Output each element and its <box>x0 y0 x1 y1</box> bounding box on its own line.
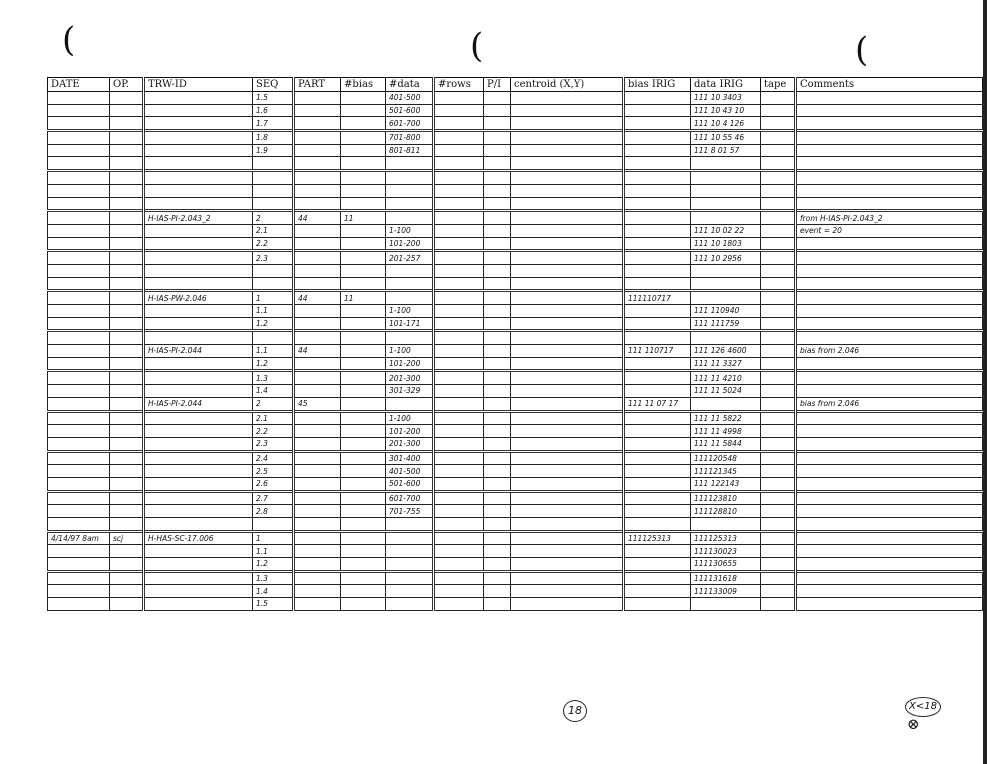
cell-date <box>48 545 110 558</box>
cell-data: 1-100 <box>386 305 434 318</box>
cell-centroid-x-y <box>511 184 624 197</box>
cell-part: 44 <box>294 211 341 225</box>
cell-bias-irig <box>624 451 691 465</box>
cell-part <box>294 491 341 505</box>
table-row: 2.11-100111 10 02 22event = 20 <box>48 224 983 237</box>
cell-tape <box>761 224 796 237</box>
cell-bias <box>341 451 386 465</box>
cell-rows <box>434 518 484 532</box>
cell-bias-irig <box>624 117 691 131</box>
cell-data: 101-200 <box>386 425 434 438</box>
table-row: 1.2101-200111 11 3327 <box>48 357 983 371</box>
cell-seq: 2.2 <box>253 425 294 438</box>
cell-tape <box>761 425 796 438</box>
cell-comments <box>796 437 983 451</box>
cell-trw-id <box>144 92 253 105</box>
cell-part <box>294 131 341 145</box>
cell-part <box>294 264 341 277</box>
table-row: 2.4301-400111120548 <box>48 451 983 465</box>
column-header-bias: #bias <box>341 78 386 92</box>
cell-date: 4/14/97 8am <box>48 531 110 545</box>
cell-data: 401-500 <box>386 92 434 105</box>
cell-seq: 1.3 <box>253 371 294 385</box>
cell-comments <box>796 144 983 157</box>
cell-p-i <box>484 545 511 558</box>
cell-bias-irig <box>624 305 691 318</box>
cell-trw-id: H-IAS-PI-2.044 <box>144 397 253 411</box>
cell-centroid-x-y <box>511 545 624 558</box>
column-header-date: DATE <box>48 78 110 92</box>
cell-op <box>110 211 144 225</box>
cell-data <box>386 291 434 305</box>
cell-p-i <box>484 491 511 505</box>
cell-seq: 2.1 <box>253 411 294 425</box>
cell-comments <box>796 531 983 545</box>
cell-comments: bias from 2.046 <box>796 345 983 358</box>
cell-bias <box>341 237 386 251</box>
cell-centroid-x-y <box>511 104 624 117</box>
cell-bias-irig <box>624 518 691 532</box>
cell-comments <box>796 598 983 611</box>
cell-comments <box>796 157 983 171</box>
cell-centroid-x-y <box>511 211 624 225</box>
cell-seq: 1.6 <box>253 104 294 117</box>
cell-rows <box>434 558 484 572</box>
cell-data: 101-171 <box>386 317 434 331</box>
table-row <box>48 184 983 197</box>
cell-date <box>48 397 110 411</box>
cell-op <box>110 491 144 505</box>
cell-bias <box>341 104 386 117</box>
cell-part <box>294 317 341 331</box>
cell-bias-irig <box>624 104 691 117</box>
cell-tape <box>761 211 796 225</box>
cell-op <box>110 558 144 572</box>
cell-p-i <box>484 425 511 438</box>
cell-data-irig <box>691 157 761 171</box>
cell-trw-id <box>144 317 253 331</box>
cell-seq: 2.6 <box>253 477 294 491</box>
cell-seq: 1.5 <box>253 92 294 105</box>
cell-comments <box>796 357 983 371</box>
cell-comments <box>796 291 983 305</box>
cell-tape <box>761 571 796 585</box>
page-edge-bar <box>983 0 987 764</box>
cell-trw-id <box>144 224 253 237</box>
cell-bias <box>341 357 386 371</box>
cell-bias-irig <box>624 437 691 451</box>
cell-rows <box>434 224 484 237</box>
cell-seq: 1.1 <box>253 305 294 318</box>
table-row: 1.2111130655 <box>48 558 983 572</box>
cell-part <box>294 171 341 185</box>
cell-data-irig: 111 110940 <box>691 305 761 318</box>
cell-comments <box>796 465 983 478</box>
cell-p-i <box>484 571 511 585</box>
cell-seq <box>253 277 294 291</box>
cell-bias-irig <box>624 237 691 251</box>
cell-data <box>386 211 434 225</box>
cell-tape <box>761 598 796 611</box>
cell-part <box>294 277 341 291</box>
cell-trw-id: H-IAS-PI-2.043_2 <box>144 211 253 225</box>
cell-data-irig: 111133009 <box>691 585 761 598</box>
cell-data-irig <box>691 277 761 291</box>
cell-tape <box>761 144 796 157</box>
cell-date <box>48 104 110 117</box>
cell-seq: 1.7 <box>253 117 294 131</box>
cell-tape <box>761 397 796 411</box>
cell-data-irig: 111128810 <box>691 505 761 518</box>
cell-seq <box>253 518 294 532</box>
cell-rows <box>434 397 484 411</box>
cell-bias-irig <box>624 491 691 505</box>
cell-p-i <box>484 184 511 197</box>
cell-bias-irig <box>624 585 691 598</box>
cell-bias-irig <box>624 411 691 425</box>
cell-data-irig: 111 11 5844 <box>691 437 761 451</box>
cell-op <box>110 425 144 438</box>
cell-centroid-x-y <box>511 171 624 185</box>
cell-data-irig: 111 10 02 22 <box>691 224 761 237</box>
cell-rows <box>434 237 484 251</box>
cell-centroid-x-y <box>511 397 624 411</box>
cell-date <box>48 157 110 171</box>
cell-rows <box>434 291 484 305</box>
margin-mark-left: ( <box>62 20 75 60</box>
corner-cross-mark: ⊗ <box>907 715 920 733</box>
cell-op <box>110 224 144 237</box>
cell-centroid-x-y <box>511 251 624 265</box>
cell-trw-id <box>144 171 253 185</box>
cell-data <box>386 184 434 197</box>
cell-data-irig: 111121345 <box>691 465 761 478</box>
cell-bias-irig <box>624 331 691 345</box>
cell-seq <box>253 197 294 211</box>
cell-data: 201-300 <box>386 437 434 451</box>
cell-bias <box>341 264 386 277</box>
cell-tape <box>761 385 796 398</box>
cell-comments <box>796 545 983 558</box>
cell-date <box>48 345 110 358</box>
cell-rows <box>434 131 484 145</box>
cell-op <box>110 197 144 211</box>
cell-comments <box>796 425 983 438</box>
cell-op <box>110 131 144 145</box>
cell-date <box>48 477 110 491</box>
cell-p-i <box>484 451 511 465</box>
cell-date <box>48 117 110 131</box>
cell-trw-id <box>144 277 253 291</box>
cell-part <box>294 505 341 518</box>
cell-p-i <box>484 197 511 211</box>
cell-rows <box>434 251 484 265</box>
corner-note-circled: X<18 <box>905 697 941 717</box>
cell-data <box>386 264 434 277</box>
cell-op <box>110 264 144 277</box>
cell-part <box>294 585 341 598</box>
cell-trw-id <box>144 518 253 532</box>
cell-trw-id <box>144 237 253 251</box>
cell-comments <box>796 371 983 385</box>
cell-data-irig: 111 10 4 126 <box>691 117 761 131</box>
cell-rows <box>434 371 484 385</box>
column-header-bias-irig: bias IRIG <box>624 78 691 92</box>
column-header-centroid-x-y: centroid (X,Y) <box>511 78 624 92</box>
cell-centroid-x-y <box>511 411 624 425</box>
cell-date <box>48 197 110 211</box>
cell-centroid-x-y <box>511 197 624 211</box>
page-number-circled: 18 <box>563 700 587 722</box>
cell-op <box>110 305 144 318</box>
cell-bias-irig <box>624 184 691 197</box>
table-row: 2.5401-500111121345 <box>48 465 983 478</box>
table-row: 1.3201-300111 11 4210 <box>48 371 983 385</box>
cell-centroid-x-y <box>511 144 624 157</box>
cell-bias-irig <box>624 465 691 478</box>
cell-rows <box>434 277 484 291</box>
cell-bias-irig <box>624 144 691 157</box>
cell-bias <box>341 331 386 345</box>
cell-data: 201-257 <box>386 251 434 265</box>
cell-data: 701-800 <box>386 131 434 145</box>
cell-op <box>110 331 144 345</box>
cell-part <box>294 144 341 157</box>
cell-comments <box>796 184 983 197</box>
cell-trw-id <box>144 117 253 131</box>
cell-op <box>110 505 144 518</box>
cell-seq <box>253 157 294 171</box>
cell-part <box>294 104 341 117</box>
cell-bias-irig <box>624 477 691 491</box>
cell-centroid-x-y <box>511 491 624 505</box>
cell-comments <box>796 491 983 505</box>
cell-bias-irig <box>624 171 691 185</box>
cell-trw-id: H-HAS-SC-17.006 <box>144 531 253 545</box>
cell-bias-irig: 111125313 <box>624 531 691 545</box>
cell-data <box>386 531 434 545</box>
cell-rows <box>434 211 484 225</box>
cell-seq: 2.5 <box>253 465 294 478</box>
cell-centroid-x-y <box>511 585 624 598</box>
table-row: 2.11-100111 11 5822 <box>48 411 983 425</box>
cell-trw-id <box>144 385 253 398</box>
cell-data <box>386 197 434 211</box>
cell-comments <box>796 131 983 145</box>
cell-bias-irig <box>624 92 691 105</box>
cell-rows <box>434 545 484 558</box>
cell-comments <box>796 197 983 211</box>
cell-comments <box>796 264 983 277</box>
cell-centroid-x-y <box>511 131 624 145</box>
cell-tape <box>761 505 796 518</box>
cell-data-irig <box>691 264 761 277</box>
cell-part <box>294 371 341 385</box>
cell-seq: 2.2 <box>253 237 294 251</box>
table-row: 1.9801-811111 8 01 57 <box>48 144 983 157</box>
column-header-comments: Comments <box>796 78 983 92</box>
table-row: H-IAS-PI-2.0441.1441-100111 110717111 12… <box>48 345 983 358</box>
cell-bias <box>341 397 386 411</box>
table-row <box>48 518 983 532</box>
cell-bias <box>341 317 386 331</box>
table-row: 2.3201-300111 11 5844 <box>48 437 983 451</box>
cell-trw-id <box>144 264 253 277</box>
cell-part <box>294 598 341 611</box>
cell-trw-id: H-IAS-PI-2.044 <box>144 345 253 358</box>
cell-data <box>386 171 434 185</box>
table-row: H-IAS-PI-2.044245111 11 07 17bias from 2… <box>48 397 983 411</box>
cell-seq <box>253 184 294 197</box>
cell-date <box>48 518 110 532</box>
cell-p-i <box>484 131 511 145</box>
cell-trw-id <box>144 104 253 117</box>
cell-op <box>110 291 144 305</box>
column-header-op: OP. <box>110 78 144 92</box>
cell-tape <box>761 277 796 291</box>
table-row: 1.5401-500111 10 3403 <box>48 92 983 105</box>
table-row: H-IAS-PI-2.043_224411from H-IAS-PI-2.043… <box>48 211 983 225</box>
cell-centroid-x-y <box>511 505 624 518</box>
cell-date <box>48 264 110 277</box>
cell-bias <box>341 92 386 105</box>
cell-part <box>294 437 341 451</box>
cell-part <box>294 425 341 438</box>
cell-bias <box>341 545 386 558</box>
cell-part <box>294 197 341 211</box>
cell-trw-id <box>144 491 253 505</box>
cell-rows <box>434 305 484 318</box>
cell-part <box>294 117 341 131</box>
cell-tape <box>761 291 796 305</box>
cell-trw-id <box>144 411 253 425</box>
cell-rows <box>434 184 484 197</box>
cell-trw-id <box>144 144 253 157</box>
cell-rows <box>434 357 484 371</box>
cell-tape <box>761 184 796 197</box>
cell-date <box>48 291 110 305</box>
cell-bias-irig <box>624 545 691 558</box>
cell-op <box>110 371 144 385</box>
cell-tape <box>761 131 796 145</box>
cell-op <box>110 184 144 197</box>
cell-part <box>294 92 341 105</box>
table-row <box>48 171 983 185</box>
cell-seq: 1 <box>253 531 294 545</box>
cell-data <box>386 558 434 572</box>
table-row: 2.6501-600111 122143 <box>48 477 983 491</box>
cell-rows <box>434 345 484 358</box>
cell-date <box>48 411 110 425</box>
cell-tape <box>761 518 796 532</box>
cell-trw-id <box>144 371 253 385</box>
observation-log-table: DATEOP.TRW-IDSEQPART#bias#data#rowsP/Ice… <box>47 77 983 611</box>
cell-seq: 1.1 <box>253 545 294 558</box>
cell-op <box>110 117 144 131</box>
cell-tape <box>761 345 796 358</box>
cell-date <box>48 224 110 237</box>
cell-data: 501-600 <box>386 104 434 117</box>
cell-bias <box>341 197 386 211</box>
cell-trw-id <box>144 251 253 265</box>
cell-data: 501-600 <box>386 477 434 491</box>
cell-part <box>294 477 341 491</box>
cell-op <box>110 437 144 451</box>
cell-op <box>110 144 144 157</box>
table-row <box>48 264 983 277</box>
cell-op <box>110 465 144 478</box>
cell-data-irig: 111 126 4600 <box>691 345 761 358</box>
cell-date <box>48 277 110 291</box>
cell-bias <box>341 157 386 171</box>
cell-bias-irig <box>624 385 691 398</box>
cell-date <box>48 211 110 225</box>
cell-bias-irig <box>624 277 691 291</box>
cell-comments <box>796 251 983 265</box>
cell-seq: 1.5 <box>253 598 294 611</box>
cell-comments <box>796 505 983 518</box>
cell-data-irig <box>691 397 761 411</box>
cell-centroid-x-y <box>511 531 624 545</box>
cell-data <box>386 571 434 585</box>
cell-comments <box>796 558 983 572</box>
cell-part: 44 <box>294 291 341 305</box>
cell-bias-irig <box>624 371 691 385</box>
cell-seq: 1.8 <box>253 131 294 145</box>
cell-part <box>294 331 341 345</box>
cell-data: 1-100 <box>386 411 434 425</box>
cell-data: 401-500 <box>386 465 434 478</box>
table-row: 2.8701-755111128810 <box>48 505 983 518</box>
cell-rows <box>434 197 484 211</box>
cell-bias-irig <box>624 425 691 438</box>
cell-bias-irig <box>624 224 691 237</box>
cell-op <box>110 451 144 465</box>
cell-seq: 2.7 <box>253 491 294 505</box>
cell-centroid-x-y <box>511 331 624 345</box>
cell-bias <box>341 491 386 505</box>
cell-rows <box>434 157 484 171</box>
cell-op: scj <box>110 531 144 545</box>
cell-p-i <box>484 317 511 331</box>
column-header-tape: tape <box>761 78 796 92</box>
cell-data-irig: 111130023 <box>691 545 761 558</box>
table-row <box>48 277 983 291</box>
cell-tape <box>761 171 796 185</box>
cell-rows <box>434 437 484 451</box>
cell-op <box>110 518 144 532</box>
cell-centroid-x-y <box>511 518 624 532</box>
cell-tape <box>761 104 796 117</box>
cell-data: 601-700 <box>386 117 434 131</box>
cell-part <box>294 224 341 237</box>
cell-seq: 2 <box>253 397 294 411</box>
cell-op <box>110 397 144 411</box>
cell-centroid-x-y <box>511 558 624 572</box>
cell-date <box>48 92 110 105</box>
cell-data-irig: 111 11 3327 <box>691 357 761 371</box>
cell-bias <box>341 117 386 131</box>
table-row <box>48 197 983 211</box>
cell-comments <box>796 117 983 131</box>
cell-data-irig: 111 8 01 57 <box>691 144 761 157</box>
cell-data-irig: 111120548 <box>691 451 761 465</box>
cell-rows <box>434 491 484 505</box>
cell-seq: 2.4 <box>253 451 294 465</box>
cell-rows <box>434 104 484 117</box>
cell-bias-irig <box>624 558 691 572</box>
cell-rows <box>434 331 484 345</box>
